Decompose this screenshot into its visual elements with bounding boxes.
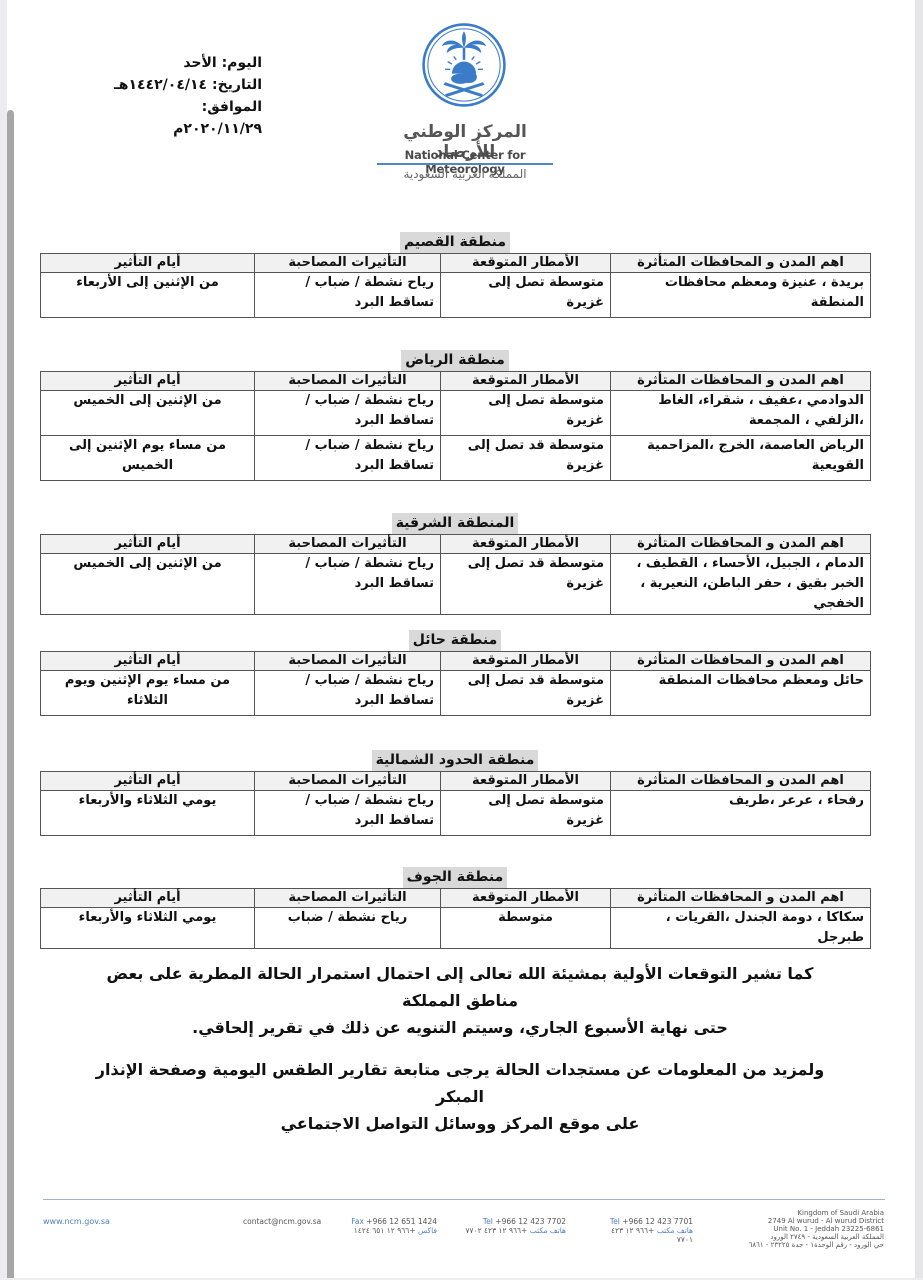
header-days: أيام التأثير — [41, 372, 255, 391]
tel-value: +966 12 423 7701 — [622, 1217, 693, 1226]
header-rain: الأمطار المتوقعة — [441, 372, 611, 391]
cell-cities: الرياض العاصمة، الخرج ،المزاحمية القويعي… — [611, 436, 871, 481]
cell-cities: حائل ومعظم محافظات المنطقة — [611, 671, 871, 716]
cell-days: يومي الثلاثاء والأربعاء — [41, 791, 255, 836]
cell-effects: رياح نشطة / ضباب / تساقط البرد — [255, 391, 441, 436]
cell-effects: رياح نشطة / ضباب / تساقط البرد — [255, 554, 441, 615]
header-effects: التأثيرات المصاحبة — [255, 254, 441, 273]
cell-rain: متوسطة تصل إلى غزيرة — [441, 391, 611, 436]
region-riyadh: منطقة الرياض اهم المدن و المحافظات المتأ… — [40, 350, 870, 481]
footer-divider — [43, 1199, 885, 1200]
date-block: اليوم: الأحد التاريخ: ١٤٤٢/٠٤/١٤هـ الموا… — [110, 52, 262, 140]
address-line: Kingdom of Saudi Arabia — [738, 1209, 884, 1217]
ncm-logo-icon — [421, 22, 507, 108]
header-effects: التأثيرات المصاحبة — [255, 535, 441, 554]
cell-days: من الإثنين إلى الخميس — [41, 554, 255, 615]
page-edge — [915, 0, 923, 1280]
tel-label-ar: هاتف مكتب — [657, 1226, 693, 1235]
cell-days: من مساء يوم الإثنين ويوم الثلاثاء — [41, 671, 255, 716]
cell-effects: رياح نشطة / ضباب / تساقط البرد — [255, 273, 441, 318]
forecast-table: اهم المدن و المحافظات المتأثرة الأمطار ا… — [40, 253, 871, 318]
table-row: رفحاء ، عرعر ،طريف متوسطة تصل إلى غزيرة … — [41, 791, 871, 836]
cell-days: من الإثنين إلى الأربعاء — [41, 273, 255, 318]
forecast-table: اهم المدن و المحافظات المتأثرة الأمطار ا… — [40, 371, 871, 481]
region-title: منطقة الرياض — [401, 350, 509, 371]
table-row: الرياض العاصمة، الخرج ،المزاحمية القويعي… — [41, 436, 871, 481]
header-effects: التأثيرات المصاحبة — [255, 889, 441, 908]
tel-label: Tel — [610, 1217, 620, 1226]
region-qassim: منطقة القصيم اهم المدن و المحافظات المتأ… — [40, 232, 870, 318]
region-title: منطقة الحدود الشمالية — [372, 750, 539, 771]
table-row: سكاكا ، دومة الجندل ،القريات ، طبرجل متو… — [41, 908, 871, 949]
region-title: المنطقة الشرقية — [392, 513, 519, 534]
cell-rain: متوسطة تصل إلى غزيرة — [441, 791, 611, 836]
header-days: أيام التأثير — [41, 652, 255, 671]
outlook-paragraph: كما تشير التوقعات الأولية بمشيئة الله تع… — [90, 960, 830, 1041]
cell-cities: الدمام ، الجبيل، الأحساء ، القطيف ، الخب… — [611, 554, 871, 615]
cell-rain: متوسطة قد تصل إلى غزيرة — [441, 436, 611, 481]
header-rain: الأمطار المتوقعة — [441, 772, 611, 791]
outlook-line: حتى نهاية الأسبوع الجاري، وسيتم التنويه … — [90, 1014, 830, 1041]
tel-value: +966 12 423 7702 — [495, 1217, 566, 1226]
header-days: أيام التأثير — [41, 535, 255, 554]
tel-number-2: Tel +966 12 423 7702 هاتف مكتب +٩٦٦ ١٢ ٤… — [463, 1217, 566, 1235]
day-line: اليوم: الأحد — [110, 52, 262, 74]
address-line: 2749 Al wurud - Al wurud District — [738, 1217, 884, 1225]
address-line: Unit No. 1 - Jeddah 23225-6861 — [738, 1225, 884, 1233]
region-northern-borders: منطقة الحدود الشمالية اهم المدن و المحاف… — [40, 750, 870, 836]
fax-value-ar: +٩٦٦ ١٢ ٦٥١ ١٤٢٤ — [354, 1226, 416, 1235]
table-row: بريدة ، عنيزة ومعظم محافظات المنطقة متوس… — [41, 273, 871, 318]
tel-label-ar: هاتف مكتب — [530, 1226, 566, 1235]
hijri-date-line: التاريخ: ١٤٤٢/٠٤/١٤هـ — [110, 74, 262, 96]
outlook-line: كما تشير التوقعات الأولية بمشيئة الله تع… — [90, 960, 830, 1014]
email-link[interactable]: contact@ncm.gov.sa — [243, 1217, 321, 1226]
header-days: أيام التأثير — [41, 772, 255, 791]
forecast-table: اهم المدن و المحافظات المتأثرة الأمطار ا… — [40, 534, 871, 615]
cell-days: من مساء يوم الإثنين إلى الخميس — [41, 436, 255, 481]
header-cities: اهم المدن و المحافظات المتأثرة — [611, 889, 871, 908]
fax-value: +966 12 651 1424 — [366, 1217, 437, 1226]
header-cities: اهم المدن و المحافظات المتأثرة — [611, 535, 871, 554]
address-line-ar: المملكة العربية السعودية - ٢٧٤٩ الورود — [738, 1233, 884, 1241]
tel-label: Tel — [483, 1217, 493, 1226]
cell-rain: متوسطة تصل إلى غزيرة — [441, 273, 611, 318]
cell-cities: رفحاء ، عرعر ،طريف — [611, 791, 871, 836]
forecast-table: اهم المدن و المحافظات المتأثرة الأمطار ا… — [40, 771, 871, 836]
fax-number: Fax +966 12 651 1424 فاكس +٩٦٦ ١٢ ٦٥١ ١٤… — [347, 1217, 437, 1235]
fax-label: Fax — [351, 1217, 364, 1226]
header-effects: التأثيرات المصاحبة — [255, 652, 441, 671]
region-title: منطقة القصيم — [400, 232, 510, 253]
table-header-row: اهم المدن و المحافظات المتأثرة الأمطار ا… — [41, 254, 871, 273]
gregorian-date-line: الموافق: ٢٠٢٠/١١/٢٩م — [110, 96, 262, 140]
header-cities: اهم المدن و المحافظات المتأثرة — [611, 772, 871, 791]
header-rain: الأمطار المتوقعة — [441, 535, 611, 554]
header-days: أيام التأثير — [41, 254, 255, 273]
website-link[interactable]: www.ncm.gov.sa — [43, 1217, 110, 1226]
cell-rain: متوسطة قد تصل إلى غزيرة — [441, 671, 611, 716]
header-cities: اهم المدن و المحافظات المتأثرة — [611, 652, 871, 671]
header-effects: التأثيرات المصاحبة — [255, 372, 441, 391]
cell-effects: رياح نشطة / ضباب / تساقط البرد — [255, 671, 441, 716]
header-rain: الأمطار المتوقعة — [441, 889, 611, 908]
cell-effects: رياح نشطة / ضباب / تساقط البرد — [255, 791, 441, 836]
page-edge — [0, 0, 7, 1280]
tel-number-1: Tel +966 12 423 7701 هاتف مكتب +٩٦٦ ١٢ ٤… — [593, 1217, 693, 1244]
address-line-ar: حي الورود - رقم الوحدة١ - جدة ٢٣٢٢٥ - ٦٨… — [738, 1241, 884, 1249]
table-row: حائل ومعظم محافظات المنطقة متوسطة قد تصل… — [41, 671, 871, 716]
more-info-line: على موقع المركز ووسائل التواصل الاجتماعي — [90, 1110, 830, 1137]
header-rain: الأمطار المتوقعة — [441, 652, 611, 671]
header-effects: التأثيرات المصاحبة — [255, 772, 441, 791]
country-name: المملكة العربية السعودية — [370, 167, 560, 181]
header-cities: اهم المدن و المحافظات المتأثرة — [611, 372, 871, 391]
table-header-row: اهم المدن و المحافظات المتأثرة الأمطار ا… — [41, 889, 871, 908]
region-eastern: المنطقة الشرقية اهم المدن و المحافظات ال… — [40, 513, 870, 615]
cell-days: من الإثنين إلى الخميس — [41, 391, 255, 436]
forecast-table: اهم المدن و المحافظات المتأثرة الأمطار ا… — [40, 888, 871, 949]
cell-rain: متوسطة قد تصل إلى غزيرة — [441, 554, 611, 615]
region-jouf: منطقة الجوف اهم المدن و المحافظات المتأث… — [40, 867, 870, 949]
header-days: أيام التأثير — [41, 889, 255, 908]
forecast-table: اهم المدن و المحافظات المتأثرة الأمطار ا… — [40, 651, 871, 716]
header-rain: الأمطار المتوقعة — [441, 254, 611, 273]
cell-days: يومي الثلاثاء والأربعاء — [41, 908, 255, 949]
cell-cities: بريدة ، عنيزة ومعظم محافظات المنطقة — [611, 273, 871, 318]
region-title: منطقة حائل — [409, 630, 502, 651]
cell-cities: الدوادمي ،عفيف ، شقراء، الغاط ،الزلفي ، … — [611, 391, 871, 436]
region-title: منطقة الجوف — [403, 867, 508, 888]
table-row: الدمام ، الجبيل، الأحساء ، القطيف ، الخب… — [41, 554, 871, 615]
cell-effects: رياح نشطة / ضباب — [255, 908, 441, 949]
fax-label-ar: فاكس — [418, 1226, 437, 1235]
table-row: الدوادمي ،عفيف ، شقراء، الغاط ،الزلفي ، … — [41, 391, 871, 436]
postal-address: Kingdom of Saudi Arabia 2749 Al wurud - … — [738, 1209, 884, 1249]
tel-value-ar: +٩٦٦ ١٢ ٤٢٣ ٧٧٠٢ — [466, 1226, 528, 1235]
table-header-row: اهم المدن و المحافظات المتأثرة الأمطار ا… — [41, 535, 871, 554]
divider — [377, 163, 553, 165]
region-hail: منطقة حائل اهم المدن و المحافظات المتأثر… — [40, 630, 870, 716]
table-header-row: اهم المدن و المحافظات المتأثرة الأمطار ا… — [41, 652, 871, 671]
header-cities: اهم المدن و المحافظات المتأثرة — [611, 254, 871, 273]
cell-effects: رياح نشطة / ضباب / تساقط البرد — [255, 436, 441, 481]
more-info-paragraph: ولمزيد من المعلومات عن مستجدات الحالة ير… — [90, 1056, 830, 1137]
more-info-line: ولمزيد من المعلومات عن مستجدات الحالة ير… — [90, 1056, 830, 1110]
table-header-row: اهم المدن و المحافظات المتأثرة الأمطار ا… — [41, 372, 871, 391]
vertical-scrollbar[interactable] — [7, 110, 14, 1280]
cell-cities: سكاكا ، دومة الجندل ،القريات ، طبرجل — [611, 908, 871, 949]
table-header-row: اهم المدن و المحافظات المتأثرة الأمطار ا… — [41, 772, 871, 791]
cell-rain: متوسطة — [441, 908, 611, 949]
